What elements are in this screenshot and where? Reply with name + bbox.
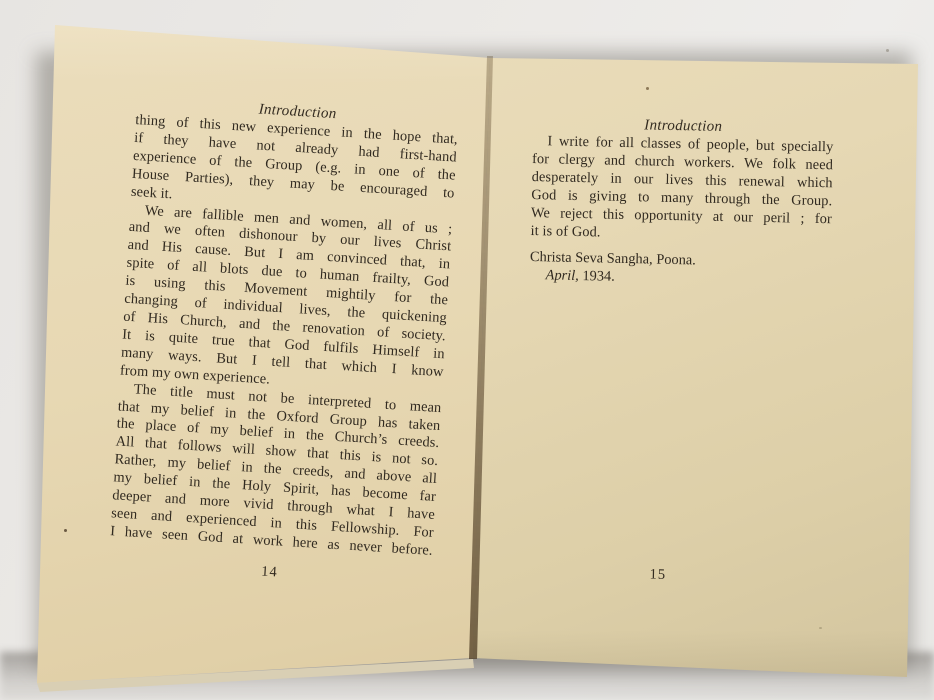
- paper-speck: [819, 627, 822, 629]
- date-month: April,: [545, 268, 579, 285]
- date-year: 1934.: [582, 268, 615, 285]
- page-number: 14: [108, 554, 431, 591]
- paper-speck: [886, 49, 889, 52]
- page-number: 15: [507, 564, 808, 587]
- paper-speck: [646, 87, 649, 90]
- book-photo: Introduction thing of this new experienc…: [0, 0, 934, 700]
- right-page-text: Introduction I write for all classes of …: [523, 114, 834, 620]
- paper-speck: [64, 529, 67, 532]
- left-page-text: Introduction thing of this new experienc…: [106, 93, 459, 612]
